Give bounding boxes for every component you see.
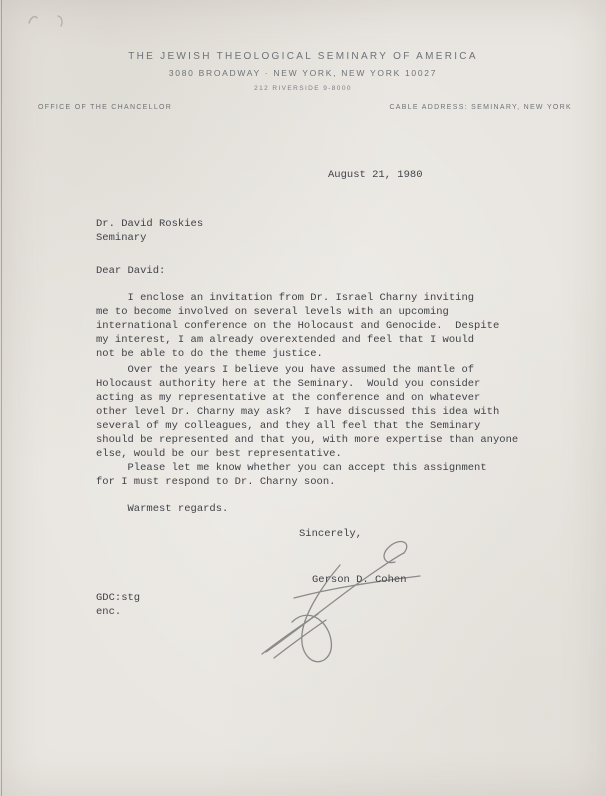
body-paragraph-3: Please let me know whether you can accep…: [96, 461, 487, 489]
body-paragraph-2: Over the years I believe you have assume…: [96, 363, 518, 461]
letterhead-org: THE JEWISH THEOLOGICAL SEMINARY OF AMERI…: [0, 51, 606, 62]
letterhead-phone: 212 RIVERSIDE 9-8000: [0, 85, 606, 92]
closing-line: Warmest regards.: [96, 502, 228, 516]
letterhead-cable-line: CABLE ADDRESS: SEMINARY, NEW YORK: [389, 104, 572, 111]
signer-name-line: Gerson D. Cohen: [312, 573, 407, 587]
reference-initials-block: GDC:stg enc.: [96, 591, 140, 619]
scanned-letter-page: THE JEWISH THEOLOGICAL SEMINARY OF AMERI…: [0, 0, 606, 796]
scan-edge-artifact: [1, 0, 2, 796]
pencil-marks-icon: [20, 7, 90, 33]
signature-icon: [252, 534, 427, 674]
letterhead-address: 3080 BROADWAY · NEW YORK, NEW YORK 10027: [0, 68, 606, 78]
recipient-block: Dr. David Roskies Seminary: [96, 217, 203, 245]
body-paragraph-1: I enclose an invitation from Dr. Israel …: [96, 291, 499, 361]
date-line: August 21, 1980: [328, 168, 423, 182]
salutation-line: Dear David:: [96, 264, 165, 278]
letterhead-office-line: OFFICE OF THE CHANCELLOR: [38, 104, 172, 111]
